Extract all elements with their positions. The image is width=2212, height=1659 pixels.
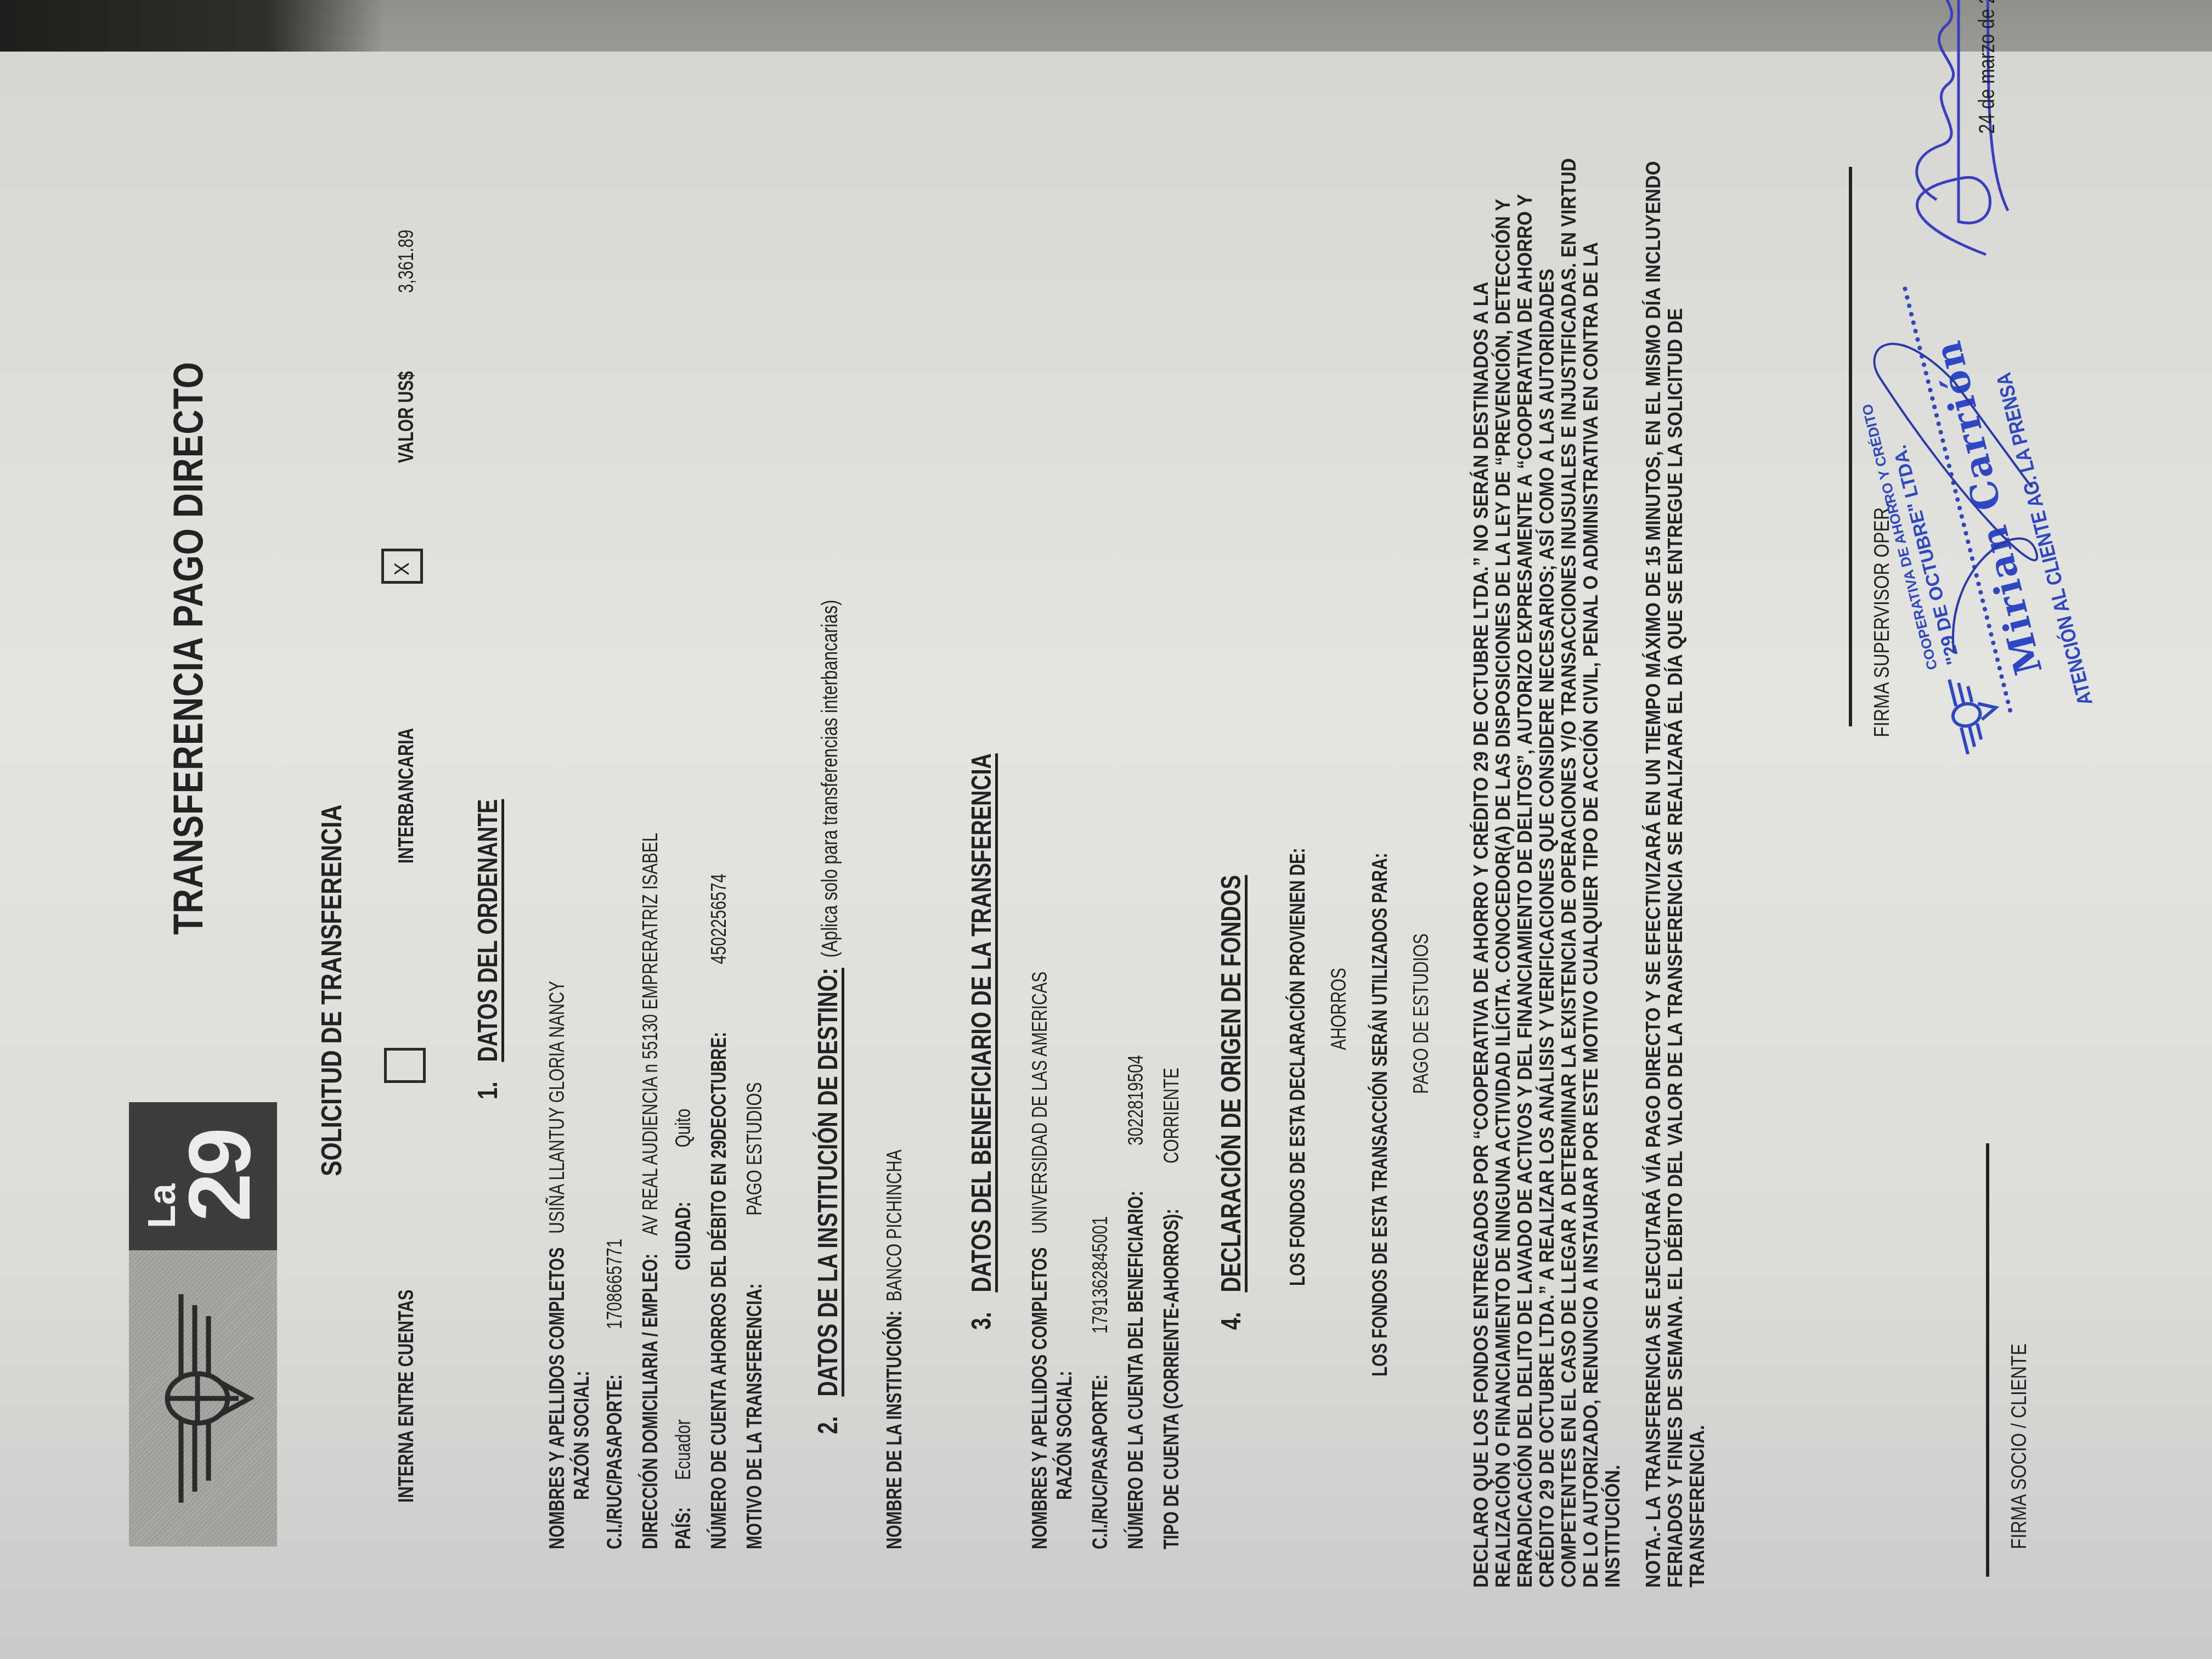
beneficiary-id-row: C.I./RUC/PASAPORTE: 1791362845001: [1089, 1216, 1113, 1549]
paper-wrapper: La 29 TRANSFERENCIA PAGO DIRECTO SOLICIT…: [0, 0, 2212, 1659]
ordenante-reason-row: MOTIVO DE LA TRANSFERENCIA: PAGO ESTUDIO…: [743, 1082, 767, 1549]
section-2-note: (Aplica solo para transferencias interba…: [818, 600, 842, 957]
form-subtitle: SOLICITUD DE TRANSFERENCIA: [315, 804, 348, 1176]
beneficiary-razon-social-label: RAZÓN SOCIAL:: [1053, 1371, 1077, 1500]
ordenante-account-row: NÚMERO DE CUENTA AHORROS DEL DÉBITO EN 2…: [708, 874, 731, 1549]
section-1-heading: 1.DATOS DEL ORDENANTE: [472, 799, 504, 1099]
photo-background: La 29 TRANSFERENCIA PAGO DIRECTO SOLICIT…: [0, 0, 2212, 1659]
beneficiary-account-row: NÚMERO DE LA CUENTA DEL BENEFICIARIO: 30…: [1125, 1055, 1148, 1549]
brand-number-block: La 29: [129, 1102, 277, 1250]
form-date: 24 de marzo de 2023: [1975, 0, 2000, 134]
ordenante-name-row: NOMBRES Y APELLIDOS COMPLETOS USIÑA LLAN…: [546, 981, 569, 1549]
form-title: TRANSFERENCIA PAGO DIRECTO: [165, 362, 212, 935]
interbank-transfer-label: INTERBANCARIA: [395, 728, 419, 864]
funds-origin-value: AHORROS: [1328, 968, 1351, 1050]
declaration-paragraph: DECLARO QUE LOS FONDOS ENTREGADOS POR “C…: [1470, 156, 1624, 1588]
funds-origin-label: LOS FONDOS DE ESTA DECLARACIÓN PROVIENEN…: [1286, 848, 1310, 1286]
beneficiary-type-row: TIPO DE CUENTA (CORRIENTE-AHORROS): CORR…: [1160, 1068, 1184, 1549]
interbank-transfer-checkbox[interactable]: X: [381, 549, 423, 584]
cooperative-logo: La 29: [129, 1102, 277, 1547]
note-paragraph: NOTA.- LA TRANSFERENCIA SE EJECUTARÁ VÍA…: [1643, 156, 1708, 1588]
supervisor-signature-line: [1849, 167, 1852, 726]
section-4-heading: 4.DECLARACIÓN DE ORIGEN DE FONDOS: [1215, 875, 1247, 1330]
legal-declaration-block: DECLARO QUE LOS FONDOS ENTREGADOS POR “C…: [1470, 156, 1727, 1588]
funds-use-label: LOS FONDOS DE ESTA TRANSACCIÓN SERÁN UTI…: [1369, 853, 1392, 1376]
amount-value: 3,361.89: [395, 230, 419, 293]
institution-row: NOMBRE DE LA INSTITUCIÓN: BANCO PICHINCH…: [883, 1150, 907, 1549]
internal-transfer-label: INTERNA ENTRE CUENTAS: [395, 1289, 419, 1503]
stamp-emblem-icon: [1933, 667, 2011, 761]
brand-number-text: 29: [178, 1131, 261, 1222]
section-2-heading: 2.DATOS DE LA INSTITUCIÓN DE DESTINO:(Ap…: [812, 600, 844, 1434]
cooperative-stamp: COOPERATIVA DE AHORRO Y CRÉDITO "29 DE O…: [1817, 230, 2160, 765]
beneficiary-name-row: NOMBRES Y APELLIDOS COMPLETOS UNIVERSIDA…: [1029, 972, 1052, 1549]
winged-globe-emblem-icon: [129, 1250, 277, 1547]
transfer-form-page: La 29 TRANSFERENCIA PAGO DIRECTO SOLICIT…: [0, 52, 2212, 1659]
ordenante-id-row: C.I./RUC/PASAPORTE: 1708665771: [603, 1239, 627, 1549]
ordenante-razon-social-label: RAZÓN SOCIAL:: [571, 1371, 594, 1500]
internal-transfer-checkbox[interactable]: [384, 1048, 426, 1083]
checkbox-x-mark: X: [391, 562, 414, 575]
amount-label: VALOR US$: [395, 371, 419, 463]
ordenante-address-row: DIRECCIÓN DOMICILIARIA / EMPLEO: AV REAL…: [639, 833, 663, 1549]
client-signature-line: [1986, 1143, 1989, 1577]
client-signature-label: FIRMA SOCIO / CLIENTE: [2008, 1344, 2032, 1549]
section-3-heading: 3.DATOS DEL BENEFICIARIO DE LA TRANSFERE…: [966, 753, 997, 1330]
funds-use-value: PAGO DE ESTUDIOS: [1410, 933, 1434, 1094]
ordenante-country-city-row: PAÍS: Ecuador CIUDAD: Quito: [672, 1109, 696, 1549]
